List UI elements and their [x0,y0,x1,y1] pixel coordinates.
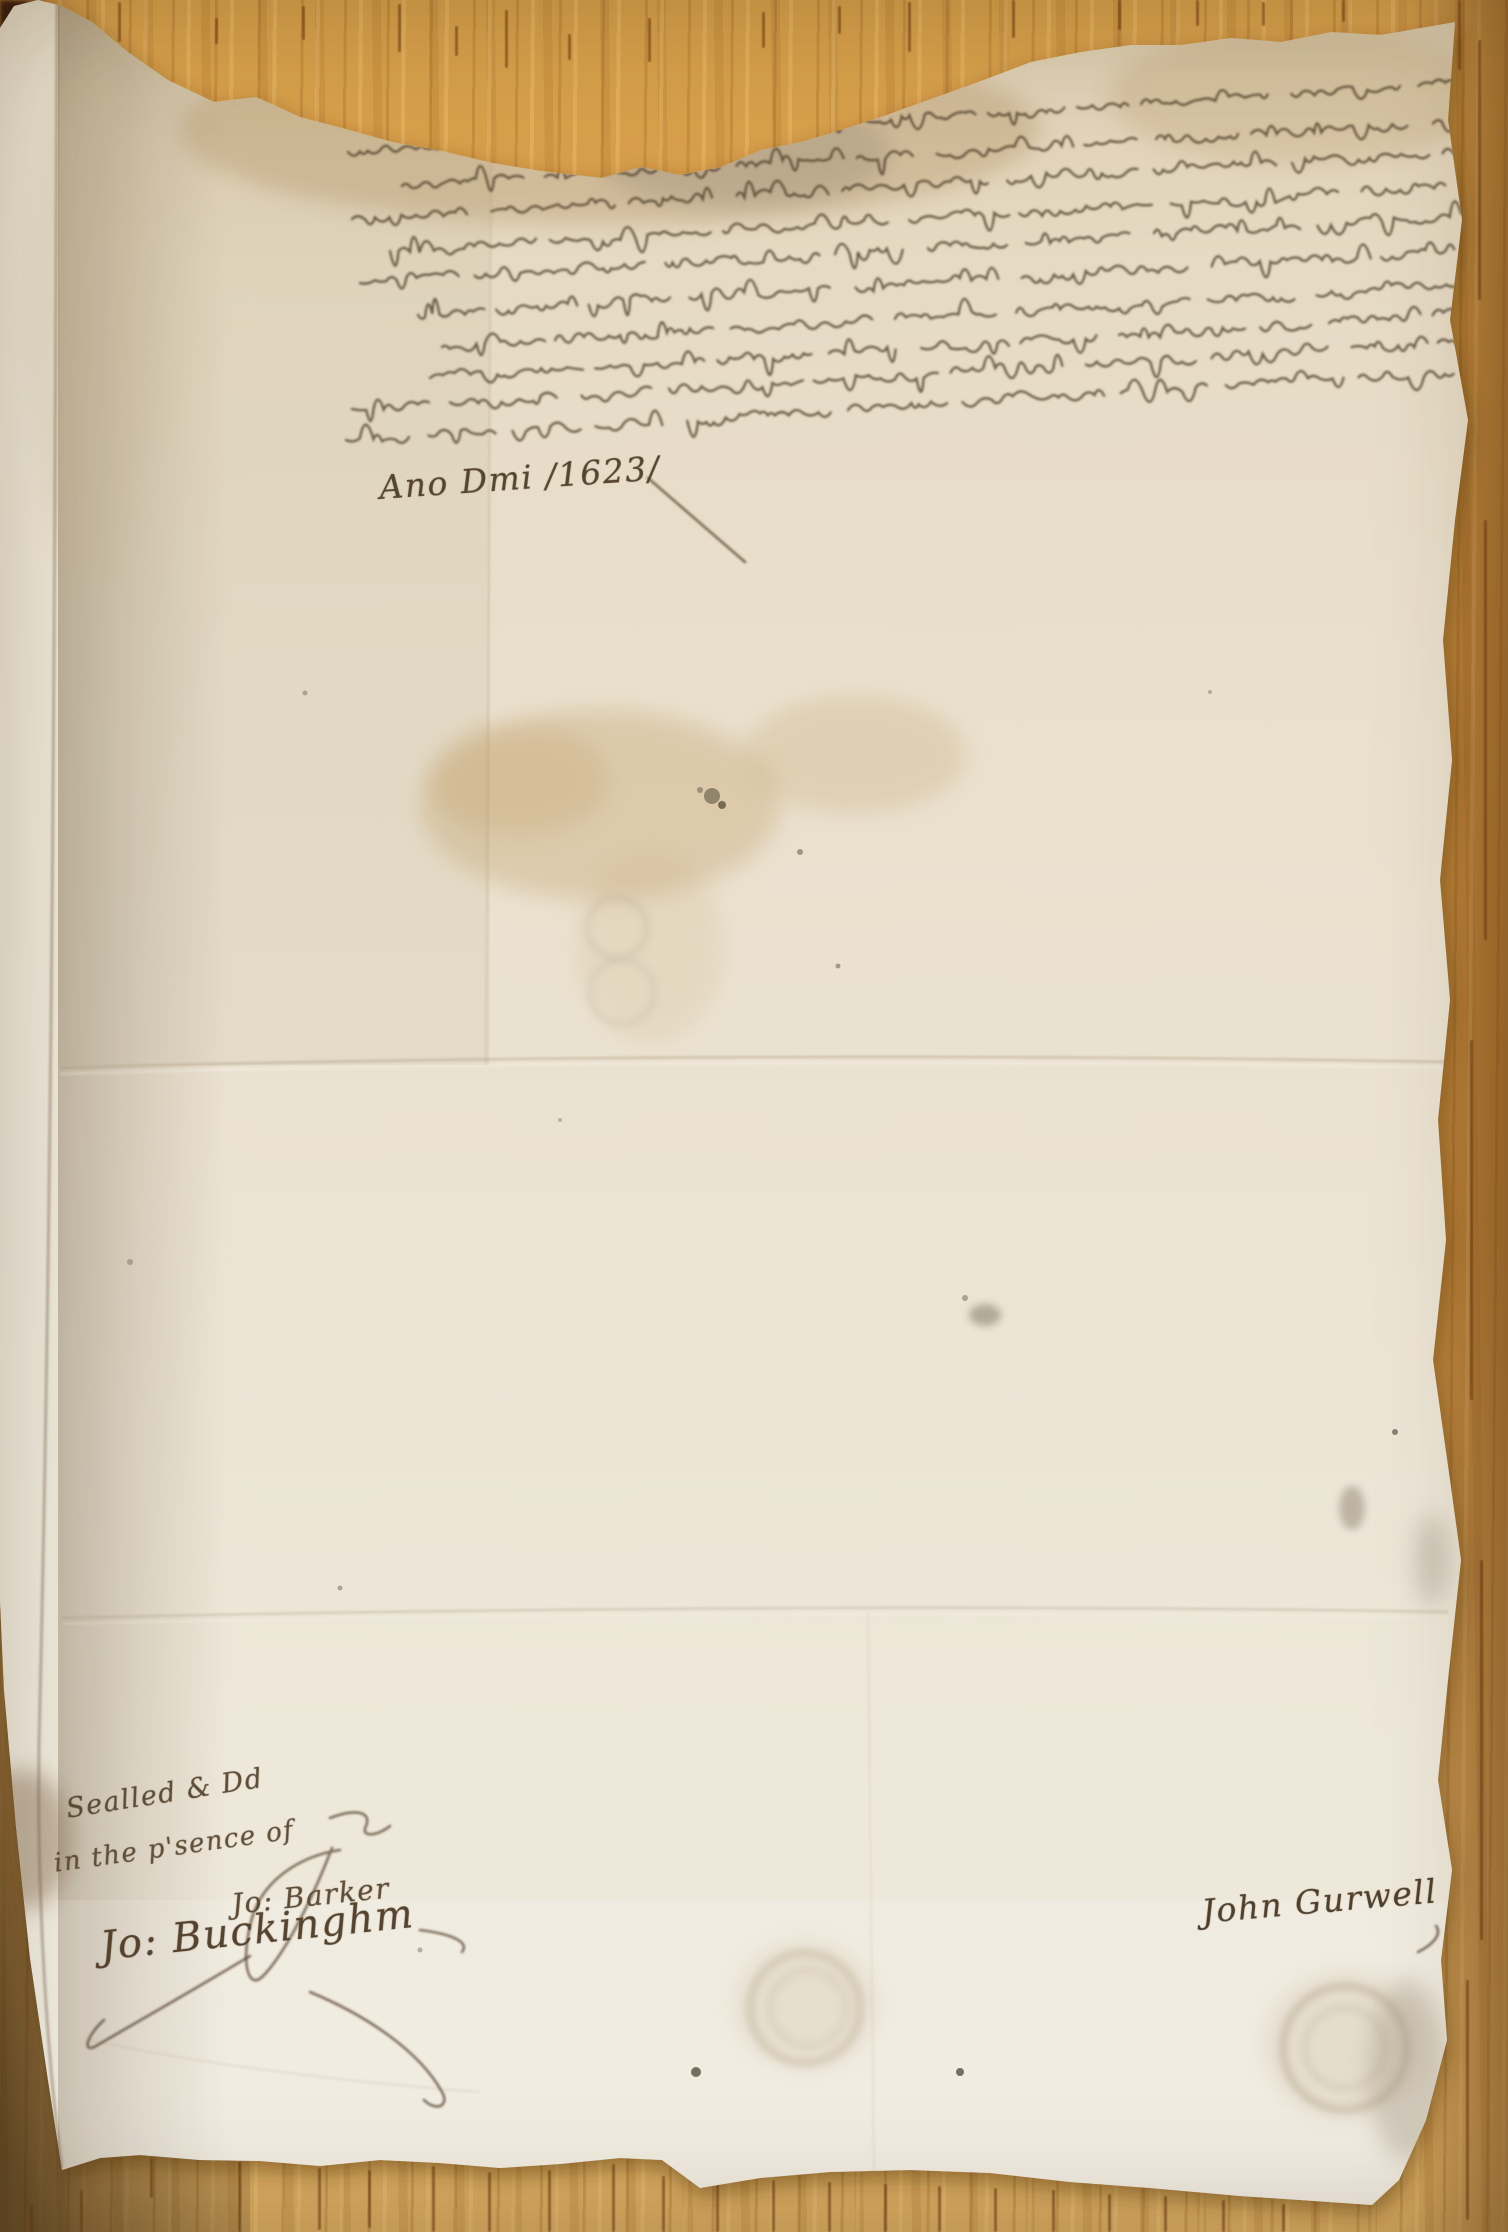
ink-speck [697,787,703,793]
ink-speck [962,1295,968,1301]
ink-speck [127,1259,133,1265]
ink-speck [691,2067,701,2077]
stain [969,1304,1001,1326]
stain [745,697,965,813]
ink-speck [1392,1429,1398,1435]
ink-speck [418,1948,423,1953]
ink-speck [704,788,720,804]
stain [430,725,610,835]
ink-speck [718,801,726,809]
stain [1339,1486,1365,1530]
ink-speck [1208,690,1212,694]
manuscript-photo: Ano Dmi /1623/ Sealled & Dd in the p'sen… [0,0,1508,2232]
ink-speck [303,691,308,696]
stain [735,1943,875,2067]
stain [1416,1515,1448,1605]
ink-speck [956,2068,964,2076]
stain [30,60,150,580]
ink-speck [797,849,803,855]
ink-speck [836,964,841,969]
ink-speck [338,1586,343,1591]
ink-speck [558,1118,562,1122]
stain [590,97,890,207]
